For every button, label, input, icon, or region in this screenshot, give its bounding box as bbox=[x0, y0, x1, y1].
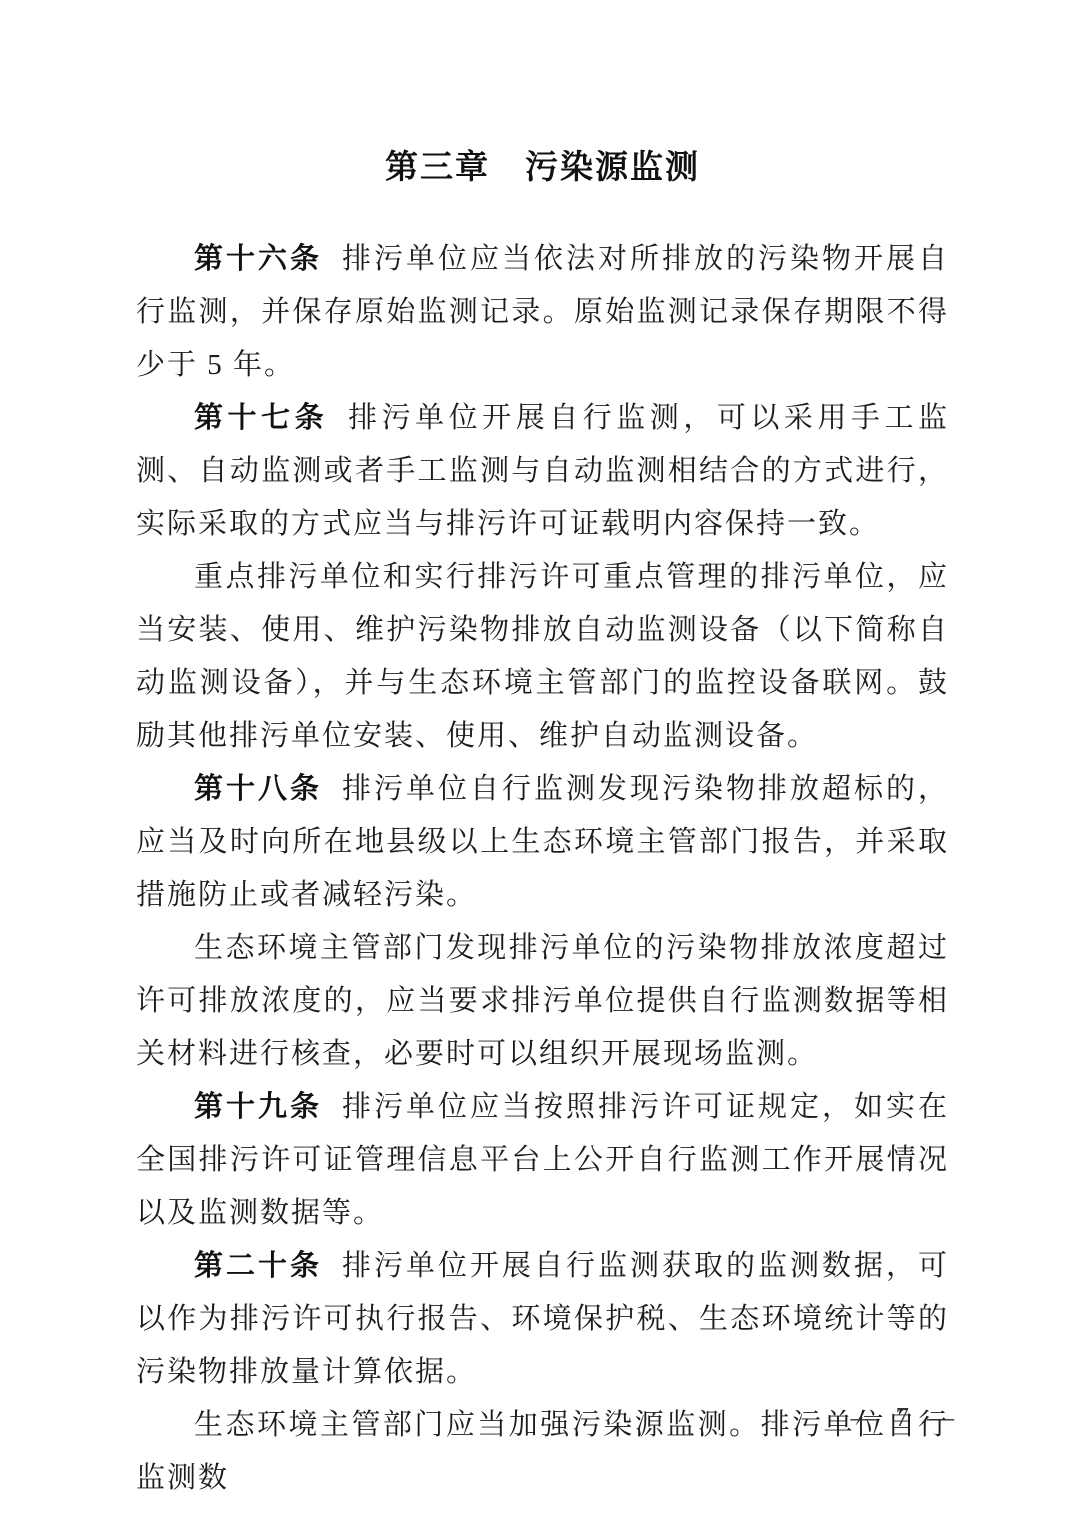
paragraph-text: 生态环境主管部门应当加强污染源监测。排污单位自行监测数 bbox=[136, 1409, 949, 1494]
document-page: 第三章 污染源监测 第十六条排污单位应当依法对所排放的污染物开展自行监测，并保存… bbox=[0, 0, 1080, 1527]
page-number: 7 bbox=[896, 1399, 910, 1435]
chapter-title: 第三章 污染源监测 bbox=[136, 146, 949, 188]
paragraph-article-19: 第十九条排污单位应当按照排污许可证规定，如实在全国排污许可证管理信息平台上公开自… bbox=[136, 1081, 949, 1240]
paragraph-article-20: 第二十条排污单位开展自行监测获取的监测数据，可以作为排污许可执行报告、环境保护税… bbox=[136, 1240, 949, 1399]
paragraph-text: 重点排污单位和实行排污许可重点管理的排污单位，应当安装、使用、维护污染物排放自动… bbox=[136, 561, 949, 752]
footer-left-dash: — bbox=[851, 1399, 878, 1435]
article-number: 第十八条 bbox=[194, 773, 322, 805]
document-content: 第三章 污染源监测 第十六条排污单位应当依法对所排放的污染物开展自行监测，并保存… bbox=[136, 146, 949, 1505]
article-number: 第十七条 bbox=[194, 402, 328, 434]
article-number: 第十九条 bbox=[194, 1091, 322, 1123]
article-number: 第二十条 bbox=[194, 1250, 322, 1282]
paragraph-monitoring-strengthen: 生态环境主管部门应当加强污染源监测。排污单位自行监测数 bbox=[136, 1399, 949, 1505]
paragraph-authority-check: 生态环境主管部门发现排污单位的污染物排放浓度超过许可排放浓度的，应当要求排污单位… bbox=[136, 922, 949, 1081]
footer-right-dash: — bbox=[927, 1399, 954, 1435]
paragraph-article-17: 第十七条排污单位开展自行监测，可以采用手工监测、自动监测或者手工监测与自动监测相… bbox=[136, 392, 949, 551]
article-number: 第十六条 bbox=[194, 243, 322, 275]
paragraph-article-18: 第十八条排污单位自行监测发现污染物排放超标的，应当及时向所在地县级以上生态环境主… bbox=[136, 763, 949, 922]
paragraph-text: 生态环境主管部门发现排污单位的污染物排放浓度超过许可排放浓度的，应当要求排污单位… bbox=[136, 932, 949, 1070]
paragraph-article-16: 第十六条排污单位应当依法对所排放的污染物开展自行监测，并保存原始监测记录。原始监… bbox=[136, 233, 949, 392]
paragraph-key-units: 重点排污单位和实行排污许可重点管理的排污单位，应当安装、使用、维护污染物排放自动… bbox=[136, 551, 949, 763]
page-footer: — 7 — bbox=[851, 1399, 955, 1435]
